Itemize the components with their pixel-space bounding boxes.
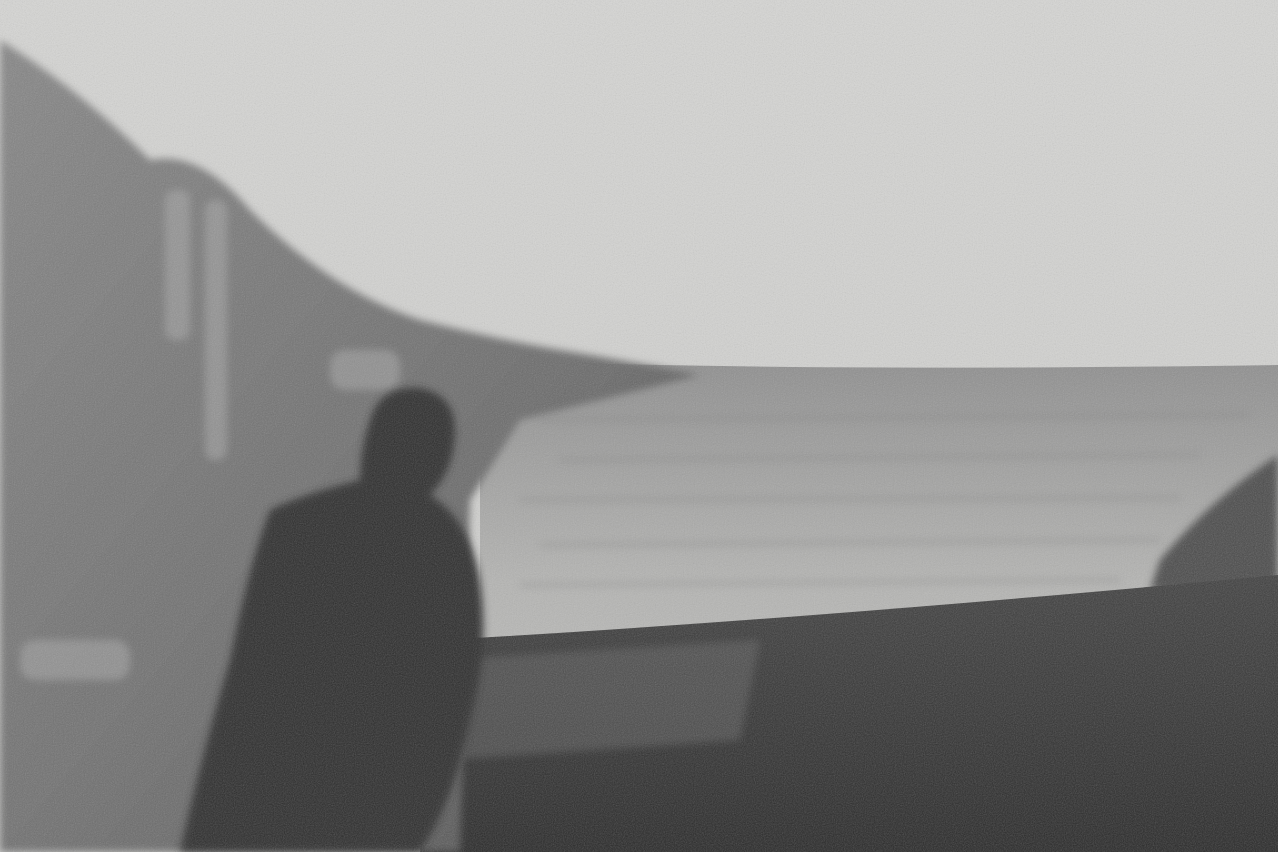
scene bbox=[0, 0, 1278, 852]
photograph: Grainy black-and-white photograph: a dar… bbox=[0, 0, 1278, 852]
